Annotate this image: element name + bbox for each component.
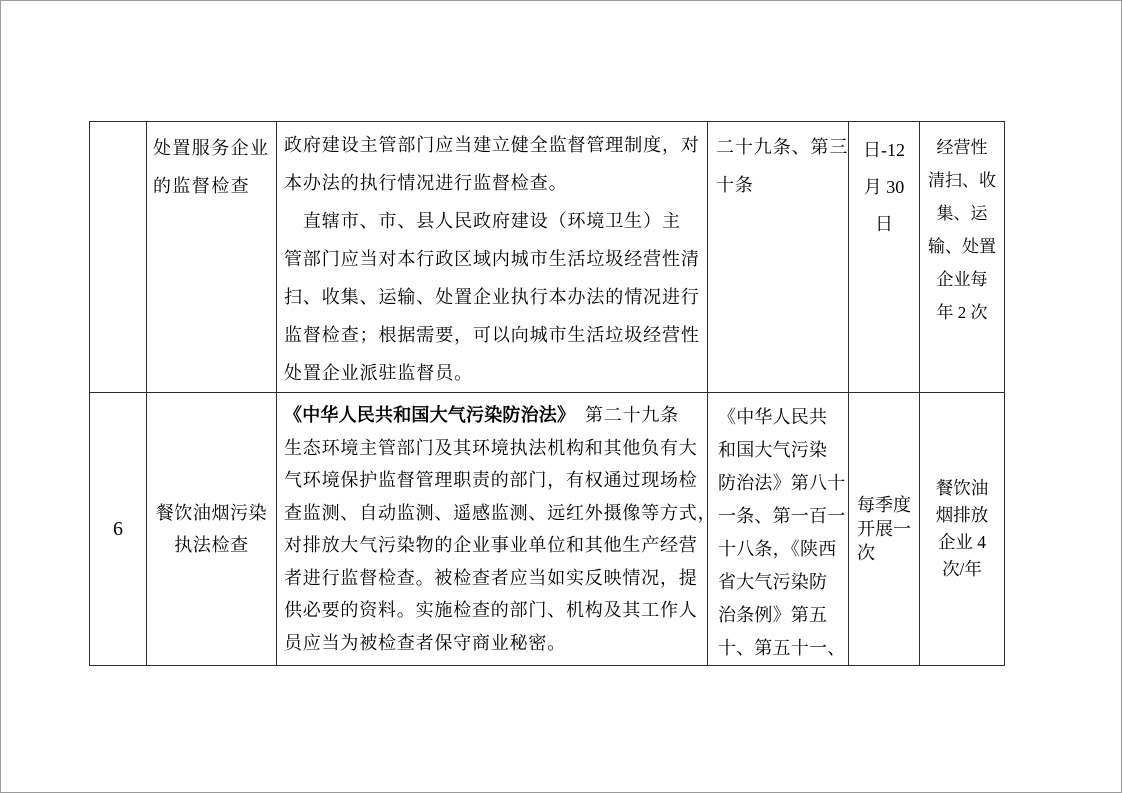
description-cell: 政府建设主管部门应当建立健全监督管理制度，对 本办法的执行情况进行监督检查。 直…: [277, 122, 708, 393]
frequency-cell: 日-12 月 30 日: [849, 122, 920, 393]
legal-basis-cell: 二十九条、第三 十条: [708, 122, 849, 393]
table-row: 6 餐饮油烟污染 执法检查 《中华人民共和国大气污染防治法》 第二十九条 生态环…: [90, 393, 1005, 666]
item-name-cell: 处置服务企业 的监督检查: [147, 122, 277, 393]
note-cell: 餐饮油 烟排放 企业 4 次/年: [920, 393, 1005, 666]
inspection-table: 处置服务企业 的监督检查 政府建设主管部门应当建立健全监督管理制度，对 本办法的…: [89, 121, 1005, 666]
document-page: 处置服务企业 的监督检查 政府建设主管部门应当建立健全监督管理制度，对 本办法的…: [0, 0, 1122, 793]
frequency-cell: 每季度 开展一 次: [849, 393, 920, 666]
law-title-text: 《中华人民共和国大气污染防治法》: [284, 405, 566, 425]
note-cell: 经营性 清扫、收 集、运 输、处置 企业每 年 2 次: [920, 122, 1005, 393]
description-cell: 《中华人民共和国大气污染防治法》 第二十九条 生态环境主管部门及其环境执法机构和…: [277, 393, 708, 666]
row-number-cell: 6: [90, 393, 147, 666]
description-text: 第二十九条 生态环境主管部门及其环境执法机构和其他负有大 气环境保护监督管理职责…: [284, 405, 708, 653]
item-name-cell: 餐饮油烟污染 执法检查: [147, 393, 277, 666]
table-row: 处置服务企业 的监督检查 政府建设主管部门应当建立健全监督管理制度，对 本办法的…: [90, 122, 1005, 393]
legal-basis-cell: 《中华人民共 和国大气污染 防治法》第八十 一条、第一百一 十八条，《陕西 省大…: [708, 393, 849, 666]
row-number-cell: [90, 122, 147, 393]
